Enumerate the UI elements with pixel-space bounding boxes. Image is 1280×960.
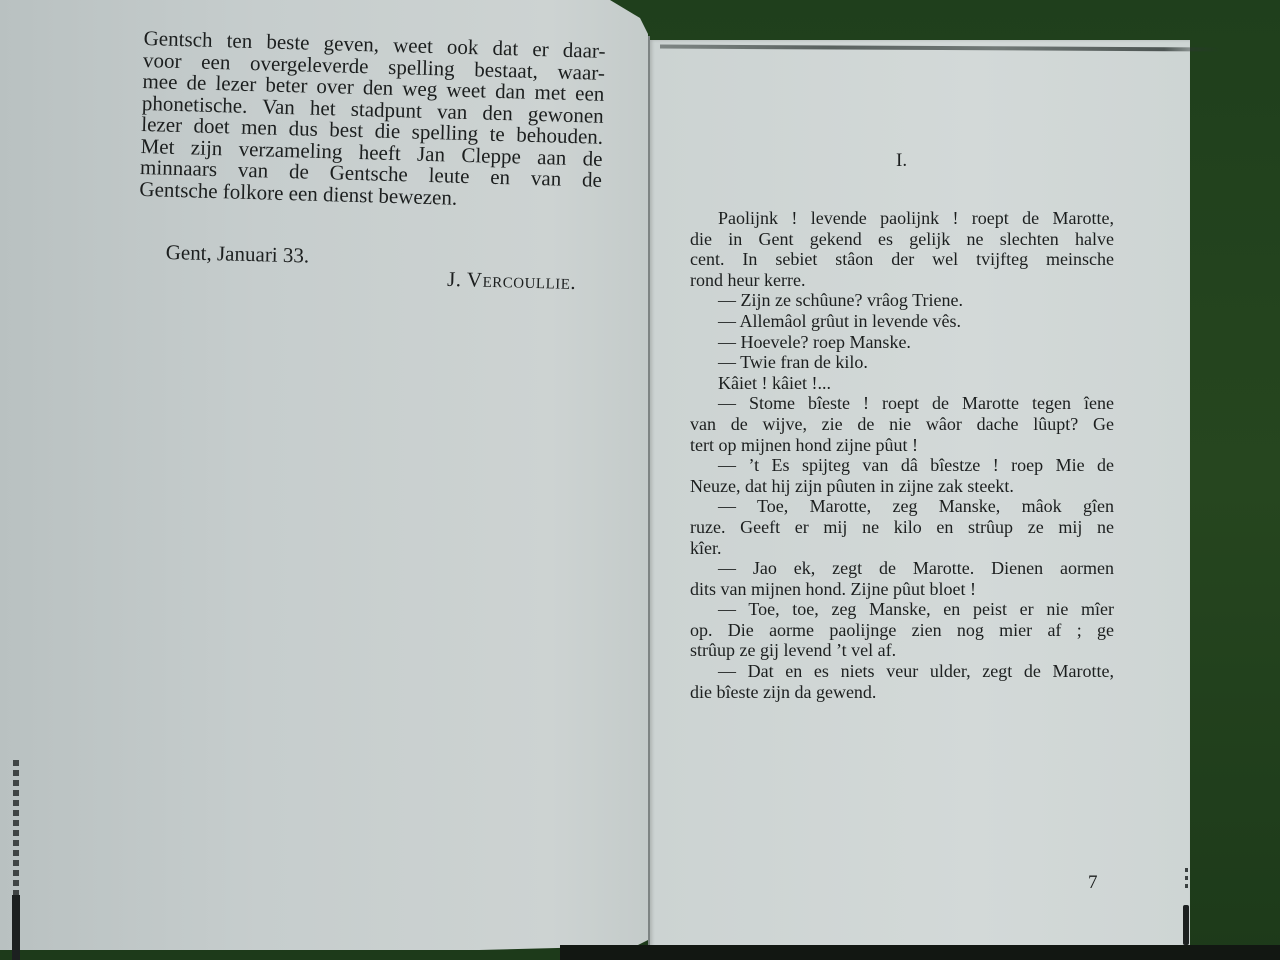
text-line: Kâiet ! kâiet !... — [690, 373, 1114, 394]
text-line: — Allemâol grûut in levende vês. — [690, 311, 1114, 332]
text-line: — Jao ek, zegt de Marotte. Dienen aormen — [690, 558, 1114, 579]
text-line: die in Gent gekend es gelijk ne slechten… — [690, 229, 1114, 250]
text-line: Paolijnk ! levende paolijnk ! roept de M… — [690, 208, 1114, 229]
text-line: — Hoevele? roep Manske. — [690, 332, 1114, 353]
text-line: strûup ze gij levend ’t vel af. — [690, 640, 1114, 661]
chapter-heading: I. — [896, 150, 907, 171]
text-line: op. Die aorme paolijnge zien nog mier af… — [690, 620, 1114, 641]
left-edge-dark-mark — [12, 895, 20, 960]
author-signature: J. Vercoullie. — [447, 269, 577, 293]
place-date: Gent, Januari 33. — [165, 242, 309, 266]
text-line: — Toe, toe, zeg Manske, en peist er nie … — [690, 599, 1114, 620]
text-line: van de wijve, zie de nie wâor dache lûup… — [690, 414, 1114, 435]
text-line: cent. In sebiet stâon der wel tvijfteg m… — [690, 249, 1114, 270]
text-line: — Zijn ze schûune? vrâog Triene. — [690, 290, 1114, 311]
right-page-body: Paolijnk ! levende paolijnk ! roept de M… — [690, 208, 1114, 702]
text-line: — Toe, Marotte, zeg Manske, mâok gîen — [690, 496, 1114, 517]
text-line: kîer. — [690, 538, 1114, 559]
book-gutter — [648, 36, 650, 946]
text-line: — Stome bîeste ! roept de Marotte tegen … — [690, 393, 1114, 414]
text-line: die bîeste zijn da gewend. — [690, 682, 1114, 703]
book-photo: Gentsch ten beste geven, weet ook dat er… — [0, 0, 1280, 960]
text-line: — Twie fran de kilo. — [690, 352, 1114, 373]
text-line: Neuze, dat hij zijn pûuten in zijne zak … — [690, 476, 1114, 497]
text-line: — Dat en es niets veur ulder, zegt de Ma… — [690, 661, 1114, 682]
text-line: dits van mijnen hond. Zijne pûut bloet ! — [690, 579, 1114, 600]
page-number: 7 — [1088, 872, 1098, 893]
text-line: rond heur kerre. — [690, 270, 1114, 291]
right-edge-marks — [1185, 868, 1188, 892]
right-edge-dark-mark — [1183, 905, 1189, 945]
left-page-body: Gentsch ten beste geven, weet ook dat er… — [144, 28, 606, 200]
text-line: — ’t Es spijteg van dâ bîestze ! roep Mi… — [690, 455, 1114, 476]
text-line: ruze. Geeft er mij ne kilo en strûup ze … — [690, 517, 1114, 538]
text-line: tert op mijnen hond zijne pûut ! — [690, 435, 1114, 456]
book-bottom-shadow — [560, 945, 1280, 960]
